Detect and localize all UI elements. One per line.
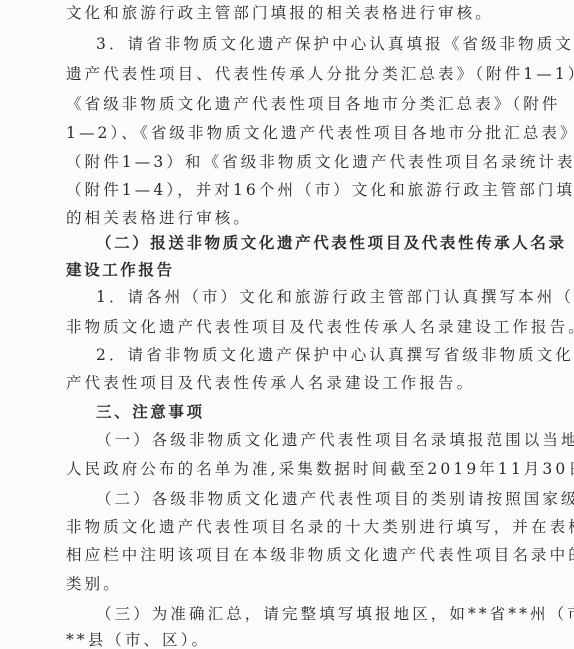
section-heading-line: （二）报送非物质文化遗产代表性项目及代表性传承人名录	[96, 233, 512, 253]
paragraph-line: 3．请省非物质文化遗产保护中心认真填报《省级非物质文化	[96, 34, 512, 54]
paragraph-line: **县（市、区）。	[66, 630, 512, 649]
paragraph-line: （二）各级非物质文化遗产代表性项目的类别请按照国家级	[96, 489, 512, 509]
paragraph-line: （一）各级非物质文化遗产代表性项目名录填报范围以当地	[96, 430, 512, 450]
paragraph-line: 相应栏中注明该项目在本级非物质文化遗产代表性项目名录中的	[66, 545, 512, 565]
paragraph-line: 非物质文化遗产代表性项目及代表性传承人名录建设工作报告。	[66, 317, 512, 337]
paragraph-line: 2．请省非物质文化遗产保护中心认真撰写省级非物质文化遗	[96, 345, 512, 365]
paragraph-line: 遗产代表性项目、代表性传承人分批分类汇总表》（附件1—1）、	[66, 64, 512, 84]
paragraph-line: 《省级非物质文化遗产代表性项目各地市分类汇总表》（附件	[66, 94, 512, 114]
paragraph-line: （三）为准确汇总，请完整填写填报地区，如**省**州（市）	[96, 604, 512, 624]
paragraph-line: 1．请各州（市）文化和旅游行政主管部门认真撰写本州（市）	[96, 287, 512, 307]
paragraph-line: 非物质文化遗产代表性项目名录的十大类别进行填写，并在表格	[66, 517, 512, 537]
paragraph-line: （附件1—4），并对16个州（市）文化和旅游行政主管部门填报	[66, 180, 512, 200]
paragraph-line: 类别。	[66, 574, 512, 594]
section-heading: 三、注意事项	[96, 402, 512, 422]
paragraph-line: 文化和旅游行政主管部门填报的相关表格进行审核。	[66, 3, 512, 23]
paragraph-line: （附件1—3）和《省级非物质文化遗产代表性项目名录统计表》	[66, 152, 512, 172]
paragraph-line: 1—2）、《省级非物质文化遗产代表性项目各地市分批汇总表》	[66, 123, 512, 143]
section-heading-line: 建设工作报告	[66, 260, 512, 280]
paragraph-line: 的相关表格进行审核。	[66, 208, 512, 228]
paragraph-line: 人民政府公布的名单为准,采集数据时间截至2019年11月30日。	[66, 459, 512, 479]
document-page: 文化和旅游行政主管部门填报的相关表格进行审核。 3．请省非物质文化遗产保护中心认…	[0, 0, 574, 649]
paragraph-line: 产代表性项目及代表性传承人名录建设工作报告。	[66, 373, 512, 393]
